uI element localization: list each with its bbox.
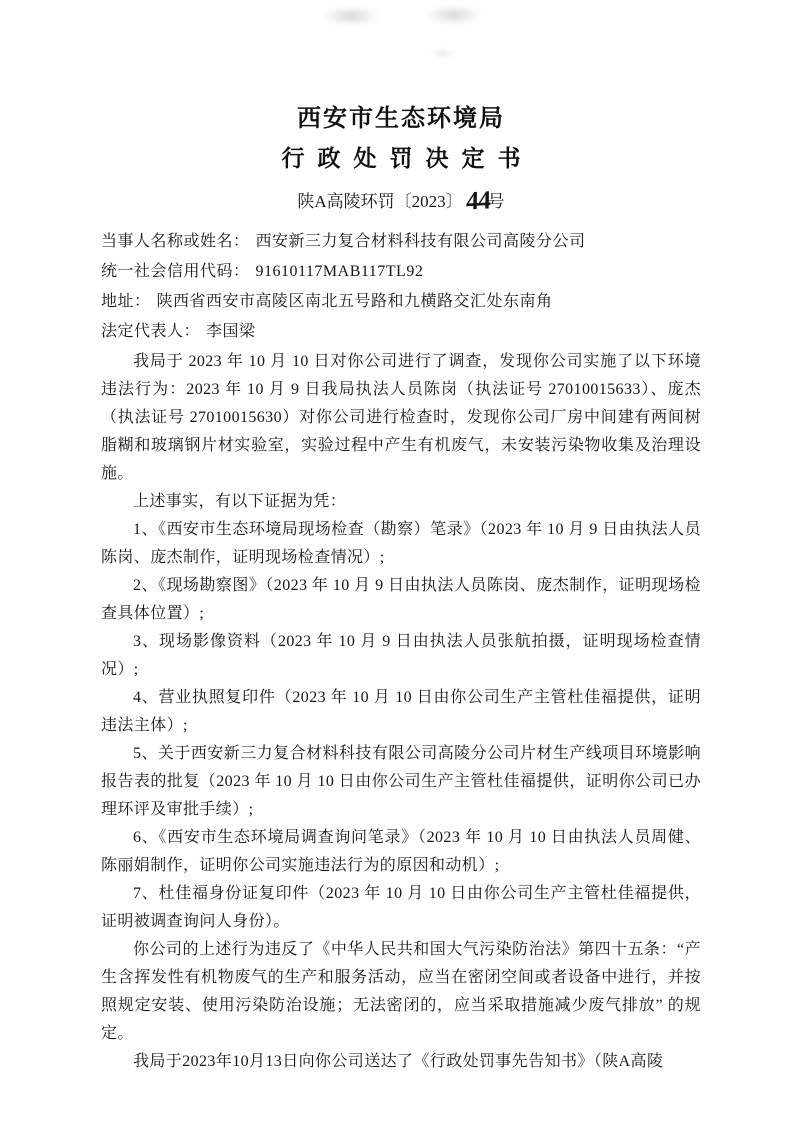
- address-label: 地址：: [101, 293, 151, 310]
- paragraph-evidence-item-7: 7、杜佳福身份证复印件（2023 年 10 月 10 日由你公司生产主管杜佳福提…: [101, 880, 701, 936]
- paragraph-evidence-item-1: 1、《西安市生态环境局现场检查（勘察）笔录》（2023 年 10 月 9 日由执…: [101, 516, 701, 572]
- party-info-block: 当事人名称或姓名：西安新三力复合材料科技有限公司高陵分公司 统一社会信用代码：9…: [101, 227, 701, 347]
- paragraph-investigation-findings: 我局于 2023 年 10 月 10 日对你公司进行了调查，发现你公司实施了以下…: [101, 348, 701, 488]
- doc-number-handwritten: 44: [465, 187, 489, 214]
- paragraph-evidence-item-5: 5、关于西安新三力复合材料科技有限公司高陵分公司片材生产线项目环境影响报告表的批…: [101, 740, 701, 824]
- credit-code-label: 统一社会信用代码：: [101, 263, 250, 280]
- document-body: 西安市生态环境局 行政处罚决定书 陕A高陵环罚〔2023〕44号 当事人名称或姓…: [101, 104, 701, 1076]
- paragraph-prior-notice: 我局于2023年10月13日向你公司送达了《行政处罚事先告知书》（陕A高陵: [101, 1048, 701, 1076]
- info-line-credit-code: 统一社会信用代码：91610117MAB117TL92: [101, 257, 701, 287]
- scan-smudge: [426, 5, 482, 25]
- scan-smudge: [322, 6, 380, 26]
- paragraph-evidence-item-3: 3、现场影像资料（2023 年 10 月 9 日由执法人员张航拍摄，证明现场检查…: [101, 628, 701, 684]
- address-value: 陕西省西安市高陵区南北五号路和九横路交汇处东南角: [157, 293, 553, 310]
- doc-number-prefix: 陕A高陵环罚〔2023〕: [297, 192, 462, 211]
- info-line-party-name: 当事人名称或姓名：西安新三力复合材料科技有限公司高陵分公司: [101, 227, 701, 257]
- doc-number: 陕A高陵环罚〔2023〕44号: [101, 186, 701, 215]
- paragraph-evidence-intro: 上述事实，有以下证据为凭：: [101, 488, 701, 516]
- party-name-value: 西安新三力复合材料科技有限公司高陵分公司: [256, 233, 586, 250]
- paragraph-evidence-item-4: 4、营业执照复印件（2023 年 10 月 10 日由你公司生产主管杜佳福提供，…: [101, 684, 701, 740]
- scanned-document-page: 西安市生态环境局 行政处罚决定书 陕A高陵环罚〔2023〕44号 当事人名称或姓…: [0, 0, 800, 1135]
- paragraph-legal-basis: 你公司的上述行为违反了《中华人民共和国大气污染防治法》第四十五条：“产生含挥发性…: [101, 936, 701, 1048]
- paragraph-evidence-item-6: 6、《西安市生态环境局调查询问笔录》（2023 年 10 月 10 日由执法人员…: [101, 824, 701, 880]
- legal-representative-label: 法定代表人：: [101, 323, 200, 340]
- scan-smudge: [430, 49, 456, 58]
- info-line-legal-representative: 法定代表人：李国梁: [101, 317, 701, 347]
- authority-title: 西安市生态环境局: [101, 104, 701, 134]
- credit-code-value: 91610117MAB117TL92: [256, 263, 424, 280]
- doc-number-suffix: 号: [488, 192, 505, 211]
- decision-title: 行政处罚决定书: [101, 143, 701, 173]
- paragraph-block: 我局于 2023 年 10 月 10 日对你公司进行了调查，发现你公司实施了以下…: [101, 348, 701, 1076]
- legal-representative-value: 李国梁: [206, 323, 256, 340]
- party-name-label: 当事人名称或姓名：: [101, 233, 250, 250]
- paragraph-evidence-item-2: 2、《现场勘察图》（2023 年 10 月 9 日由执法人员陈岗、庞杰制作，证明…: [101, 572, 701, 628]
- info-line-address: 地址：陕西省西安市高陵区南北五号路和九横路交汇处东南角: [101, 287, 701, 317]
